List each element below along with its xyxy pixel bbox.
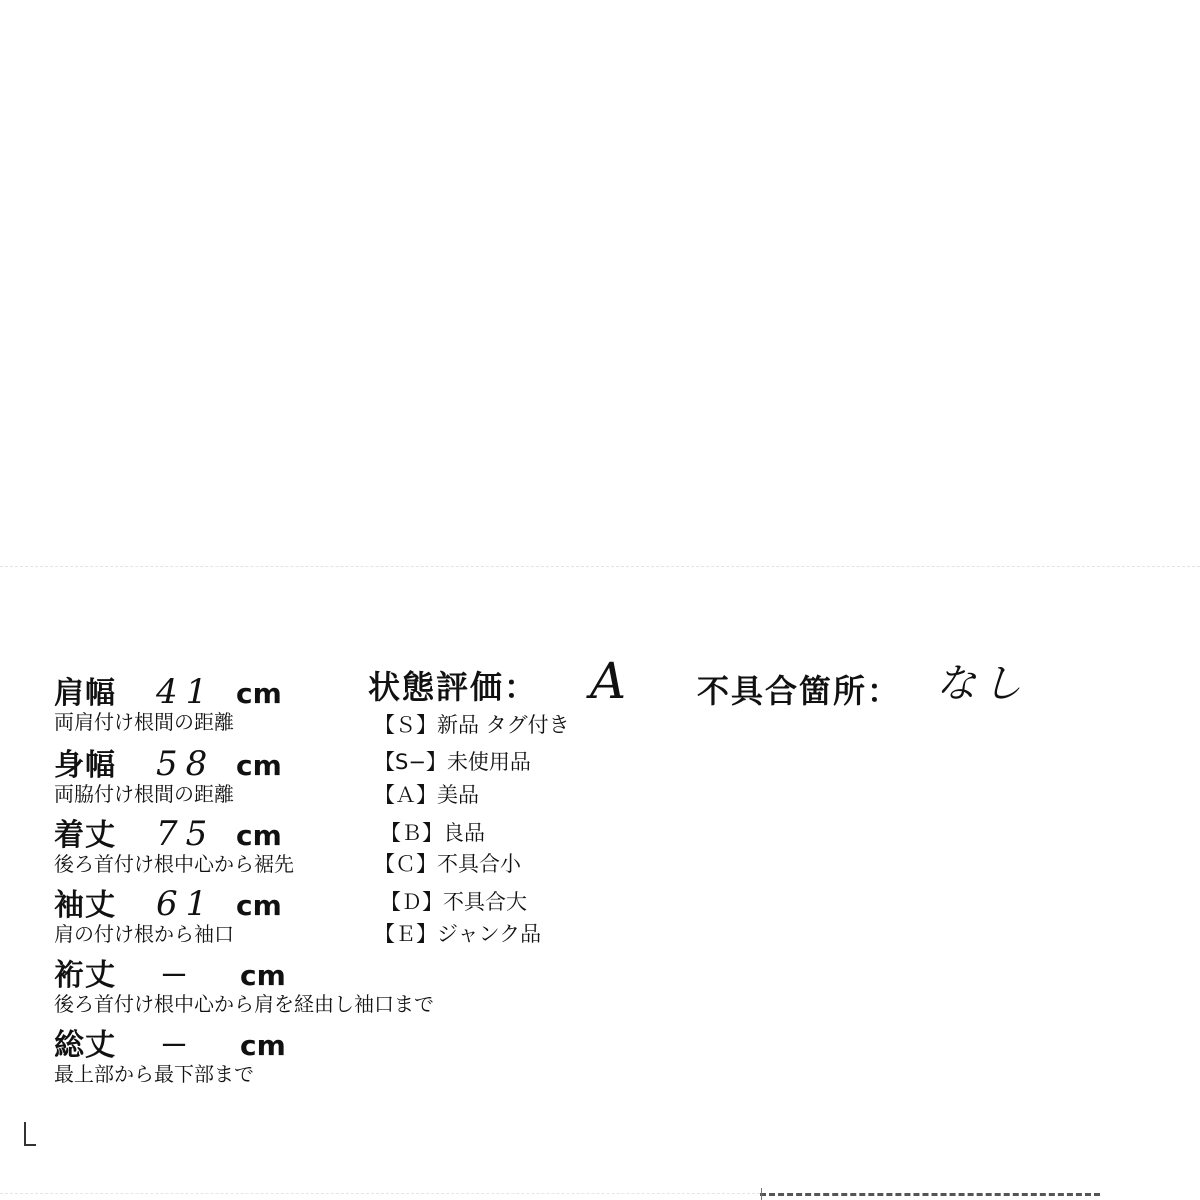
corner-crop-mark — [24, 1122, 36, 1146]
grade-text: 良品 — [443, 821, 485, 845]
grade-item-a: 【Ａ】美品 — [374, 779, 479, 809]
grade-code: 【Ｃ】 — [374, 852, 437, 876]
fold-line-bottom-left — [0, 1193, 760, 1194]
measurement-sleeve-length: 袖丈 61 cm 肩の付け根から袖口 — [54, 880, 282, 947]
grade-item-c: 【Ｃ】不具合小 — [374, 848, 521, 878]
fold-line-top — [0, 566, 1200, 567]
grade-text: 不具合大 — [443, 890, 527, 914]
grade-text: 未使用品 — [447, 750, 531, 774]
measurement-description: 後ろ首付け根中心から肩を経由し袖口まで — [54, 988, 434, 1017]
grade-code: 【Ａ】 — [374, 783, 437, 807]
grade-code: 【Ｓ】 — [374, 713, 437, 737]
grade-code: 【Ｅ】 — [374, 922, 437, 946]
grade-code: 【Ｂ】 — [380, 821, 443, 845]
cut-line-bottom — [760, 1193, 1100, 1196]
measurement-description: 両肩付け根間の距離 — [54, 706, 282, 735]
grade-code: 【Ｄ】 — [380, 890, 443, 914]
defects-title: 不具合箇所： — [697, 666, 901, 712]
grade-code: 【S−】 — [374, 750, 447, 774]
grade-item-s-minus: 【S−】未使用品 — [374, 746, 531, 776]
grade-text: ジャンク品 — [437, 922, 541, 946]
grade-text: 新品 タグ付き — [437, 713, 570, 737]
measurement-unit: cm — [236, 749, 282, 782]
defects-value: なし — [936, 652, 1028, 709]
grade-item-s: 【Ｓ】新品 タグ付き — [374, 709, 570, 739]
measurement-body-width: 身幅 58 cm 両脇付け根間の距離 — [54, 740, 282, 807]
measurement-description: 最上部から最下部まで — [54, 1058, 286, 1087]
measurement-description: 後ろ首付け根中心から裾先 — [54, 848, 294, 877]
measurement-shoulder-width: 肩幅 41 cm 両肩付け根間の距離 — [54, 668, 282, 735]
cut-tick-mark — [761, 1188, 762, 1200]
measurement-unit: cm — [236, 677, 282, 710]
grade-item-d: 【Ｄ】不具合大 — [380, 886, 527, 916]
grade-text: 美品 — [437, 783, 479, 807]
grade-item-e: 【Ｅ】ジャンク品 — [374, 918, 541, 948]
measurement-description: 両脇付け根間の距離 — [54, 778, 282, 807]
measurement-length: 着丈 75 cm 後ろ首付け根中心から裾先 — [54, 810, 294, 877]
grade-text: 不具合小 — [437, 852, 521, 876]
condition-title: 状態評価： — [368, 662, 538, 708]
measurement-total-length: 総丈 － cm 最上部から最下部まで — [54, 1020, 286, 1087]
measurement-yuki-length: 裄丈 － cm 後ろ首付け根中心から肩を経由し袖口まで — [54, 950, 434, 1017]
condition-value: A — [590, 652, 626, 710]
measurement-unit: cm — [236, 889, 282, 922]
measurement-description: 肩の付け根から袖口 — [54, 918, 282, 947]
grade-item-b: 【Ｂ】良品 — [380, 817, 485, 847]
